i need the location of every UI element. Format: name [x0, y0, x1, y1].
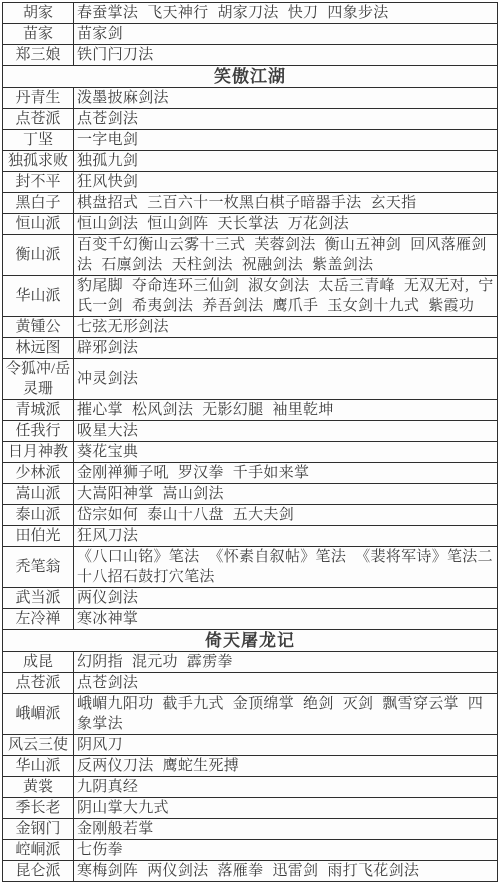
owner-cell: 少林派: [3, 463, 74, 484]
owner-cell: 令狐冲/岳灵珊: [3, 359, 74, 400]
owner-cell: 点苍派: [3, 109, 74, 130]
table-row: 华山派豹尾脚 夺命连环三仙剑 淑女剑法 太岳三青峰 无双无对, 宁氏一剑 希夷剑…: [3, 276, 498, 317]
skills-cell: 金刚般若掌: [74, 819, 498, 840]
table-row: 林远图辟邪剑法: [3, 338, 498, 359]
skills-cell: 寒冰神掌: [74, 609, 498, 630]
table-row: 左冷禅寒冰神掌: [3, 609, 498, 630]
owner-cell: 日月神教: [3, 442, 74, 463]
skills-cell: 一字电剑: [74, 130, 498, 151]
table-row: 昆仑派寒梅剑阵 两仪剑法 落雁拳 迅雷剑 雨打飞花剑法: [3, 861, 498, 882]
table-row: 少林派金刚禅狮子吼 罗汉拳 千手如来掌: [3, 463, 498, 484]
skills-cell: 冲灵剑法: [74, 359, 498, 400]
owner-cell: 泰山派: [3, 505, 74, 526]
table-row: 秃笔翁《八口山铭》笔法 《怀素自叙帖》笔法 《裴将军诗》笔法二十八招石鼓打穴笔法: [3, 547, 498, 588]
section-title: 笑傲江湖: [3, 66, 498, 88]
table-row: 嵩山派大嵩阳神掌 嵩山剑法: [3, 484, 498, 505]
skills-cell: 百变千幻衡山云雾十三式 芙蓉剑法 衡山五神剑 回风落雁剑法 石廪剑法 天柱剑法 …: [74, 235, 498, 276]
table-row: 季长老阴山掌大九式: [3, 798, 498, 819]
owner-cell: 秃笔翁: [3, 547, 74, 588]
skills-cell: 吸星大法: [74, 421, 498, 442]
table-row: 泰山派岱宗如何 泰山十八盘 五大夫剑: [3, 505, 498, 526]
table-row: 华山派反两仪刀法 鹰蛇生死搏: [3, 756, 498, 777]
owner-cell: 林远图: [3, 338, 74, 359]
table-row: 点苍派点苍剑法: [3, 109, 498, 130]
owner-cell: 峨嵋派: [3, 694, 74, 735]
skills-cell: 幻阴指 混元功 霹雳拳: [74, 652, 498, 673]
table-row: 任我行吸星大法: [3, 421, 498, 442]
skills-cell: 摧心掌 松风剑法 无影幻腿 袖里乾坤: [74, 400, 498, 421]
owner-cell: 封不平: [3, 172, 74, 193]
table-row: 黄裳九阴真经: [3, 777, 498, 798]
section-header-row: 笑傲江湖: [3, 66, 498, 88]
skills-cell: 棋盘招式 三百六十一枚黑白棋子暗器手法 玄天指: [74, 193, 498, 214]
owner-cell: 任我行: [3, 421, 74, 442]
table-row: 成昆幻阴指 混元功 霹雳拳: [3, 652, 498, 673]
skills-cell: 点苍剑法: [74, 109, 498, 130]
skills-cell: 恒山剑法 恒山剑阵 天长掌法 万花剑法: [74, 214, 498, 235]
skills-cell: 狂风刀法: [74, 526, 498, 547]
owner-cell: 点苍派: [3, 673, 74, 694]
skills-cell: 豹尾脚 夺命连环三仙剑 淑女剑法 太岳三青峰 无双无对, 宁氏一剑 希夷剑法 养…: [74, 276, 498, 317]
table-row: 武当派两仪剑法: [3, 588, 498, 609]
skills-cell: 泼墨披麻剑法: [74, 88, 498, 109]
owner-cell: 金钢门: [3, 819, 74, 840]
owner-cell: 黄裳: [3, 777, 74, 798]
owner-cell: 季长老: [3, 798, 74, 819]
skills-cell: 辟邪剑法: [74, 338, 498, 359]
section-title: 倚天屠龙记: [3, 630, 498, 652]
skills-cell: 七弦无形剑法: [74, 317, 498, 338]
skills-cell: 金刚禅狮子吼 罗汉拳 千手如来掌: [74, 463, 498, 484]
table-row: 风云三使阴风刀: [3, 735, 498, 756]
owner-cell: 黄锺公: [3, 317, 74, 338]
owner-cell: 左冷禅: [3, 609, 74, 630]
skills-cell: 铁门闩刀法: [74, 45, 498, 66]
skills-cell: 寒梅剑阵 两仪剑法 落雁拳 迅雷剑 雨打飞花剑法: [74, 861, 498, 882]
owner-cell: 崆峒派: [3, 840, 74, 861]
table-row: 恒山派恒山剑法 恒山剑阵 天长掌法 万花剑法: [3, 214, 498, 235]
skills-cell: 七伤拳: [74, 840, 498, 861]
owner-cell: 丹青生: [3, 88, 74, 109]
owner-cell: 华山派: [3, 756, 74, 777]
skills-cell: 阴风刀: [74, 735, 498, 756]
skills-cell: 岱宗如何 泰山十八盘 五大夫剑: [74, 505, 498, 526]
owner-cell: 青城派: [3, 400, 74, 421]
table-row: 金钢门金刚般若掌: [3, 819, 498, 840]
owner-cell: 苗家: [3, 24, 74, 45]
table-row: 点苍派点苍剑法: [3, 673, 498, 694]
table-row: 黄锺公七弦无形剑法: [3, 317, 498, 338]
owner-cell: 成昆: [3, 652, 74, 673]
skills-cell: 两仪剑法: [74, 588, 498, 609]
table-row: 青城派摧心掌 松风剑法 无影幻腿 袖里乾坤: [3, 400, 498, 421]
owner-cell: 郑三娘: [3, 45, 74, 66]
skills-cell: 点苍剑法: [74, 673, 498, 694]
owner-cell: 昆仑派: [3, 861, 74, 882]
skills-cell: 九阴真经: [74, 777, 498, 798]
table-row: 崆峒派七伤拳: [3, 840, 498, 861]
table-row: 封不平狂风快剑: [3, 172, 498, 193]
table-row: 衡山派百变千幻衡山云雾十三式 芙蓉剑法 衡山五神剑 回风落雁剑法 石廪剑法 天柱…: [3, 235, 498, 276]
table-row: 丹青生泼墨披麻剑法: [3, 88, 498, 109]
table-row: 苗家苗家剑: [3, 24, 498, 45]
owner-cell: 田伯光: [3, 526, 74, 547]
skills-cell: 狂风快剑: [74, 172, 498, 193]
owner-cell: 风云三使: [3, 735, 74, 756]
table-row: 田伯光狂风刀法: [3, 526, 498, 547]
skills-cell: 阴山掌大九式: [74, 798, 498, 819]
skills-cell: 苗家剑: [74, 24, 498, 45]
skills-cell: 葵花宝典: [74, 442, 498, 463]
table-row: 独孤求败独孤九剑: [3, 151, 498, 172]
skills-cell: 春蚕掌法 飞天神行 胡家刀法 快刀 四象步法: [74, 3, 498, 24]
owner-cell: 华山派: [3, 276, 74, 317]
owner-cell: 武当派: [3, 588, 74, 609]
skills-cell: 《八口山铭》笔法 《怀素自叙帖》笔法 《裴将军诗》笔法二十八招石鼓打穴笔法: [74, 547, 498, 588]
owner-cell: 胡家: [3, 3, 74, 24]
table-row: 峨嵋派峨嵋九阳功 截手九式 金顶绵掌 绝剑 灭剑 飘雪穿云掌 四象掌法: [3, 694, 498, 735]
owner-cell: 衡山派: [3, 235, 74, 276]
skills-cell: 峨嵋九阳功 截手九式 金顶绵掌 绝剑 灭剑 飘雪穿云掌 四象掌法: [74, 694, 498, 735]
skills-cell: 独孤九剑: [74, 151, 498, 172]
table-body: 胡家春蚕掌法 飞天神行 胡家刀法 快刀 四象步法苗家苗家剑郑三娘铁门闩刀法笑傲江…: [3, 3, 498, 882]
martial-arts-table: 胡家春蚕掌法 飞天神行 胡家刀法 快刀 四象步法苗家苗家剑郑三娘铁门闩刀法笑傲江…: [2, 2, 498, 882]
skills-cell: 反两仪刀法 鹰蛇生死搏: [74, 756, 498, 777]
table-row: 令狐冲/岳灵珊冲灵剑法: [3, 359, 498, 400]
table-row: 日月神教葵花宝典: [3, 442, 498, 463]
owner-cell: 嵩山派: [3, 484, 74, 505]
section-header-row: 倚天屠龙记: [3, 630, 498, 652]
owner-cell: 独孤求败: [3, 151, 74, 172]
table-row: 郑三娘铁门闩刀法: [3, 45, 498, 66]
skills-cell: 大嵩阳神掌 嵩山剑法: [74, 484, 498, 505]
owner-cell: 丁坚: [3, 130, 74, 151]
owner-cell: 恒山派: [3, 214, 74, 235]
table-row: 丁坚一字电剑: [3, 130, 498, 151]
table-row: 胡家春蚕掌法 飞天神行 胡家刀法 快刀 四象步法: [3, 3, 498, 24]
table-row: 黑白子棋盘招式 三百六十一枚黑白棋子暗器手法 玄天指: [3, 193, 498, 214]
owner-cell: 黑白子: [3, 193, 74, 214]
